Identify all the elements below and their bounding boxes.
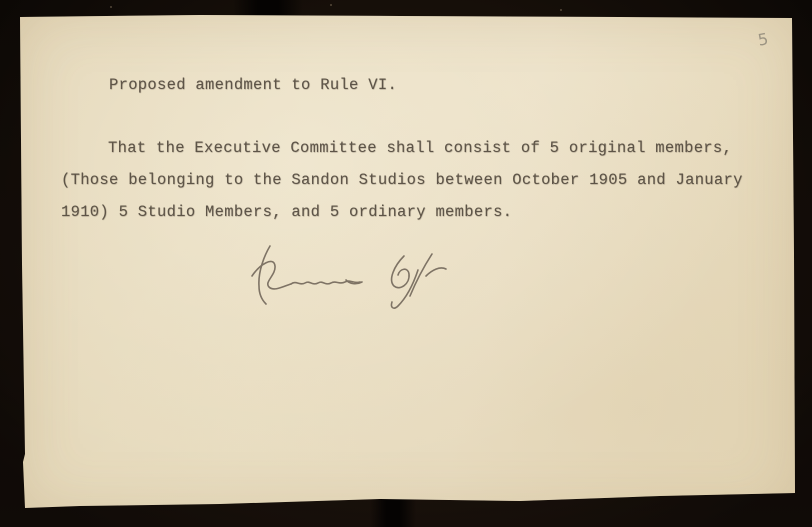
dust-speck — [330, 4, 332, 6]
body-text-line: 1910) 5 Studio Members, and 5 ordinary m… — [61, 203, 512, 221]
photographed-album-page: { "document": { "page_marker": "5", "tit… — [0, 0, 812, 527]
pencil-page-number: 5 — [756, 29, 769, 49]
document-title: Proposed amendment to Rule VI. — [109, 76, 397, 94]
dust-speck — [560, 9, 562, 11]
dust-speck — [110, 6, 112, 8]
typewritten-note-paper: 5 Proposed amendment to Rule VI. That th… — [20, 14, 796, 510]
handwritten-signature — [228, 240, 488, 318]
body-text-line: That the Executive Committee shall consi… — [108, 139, 732, 157]
body-text-line: (Those belonging to the Sandon Studios b… — [61, 171, 743, 189]
